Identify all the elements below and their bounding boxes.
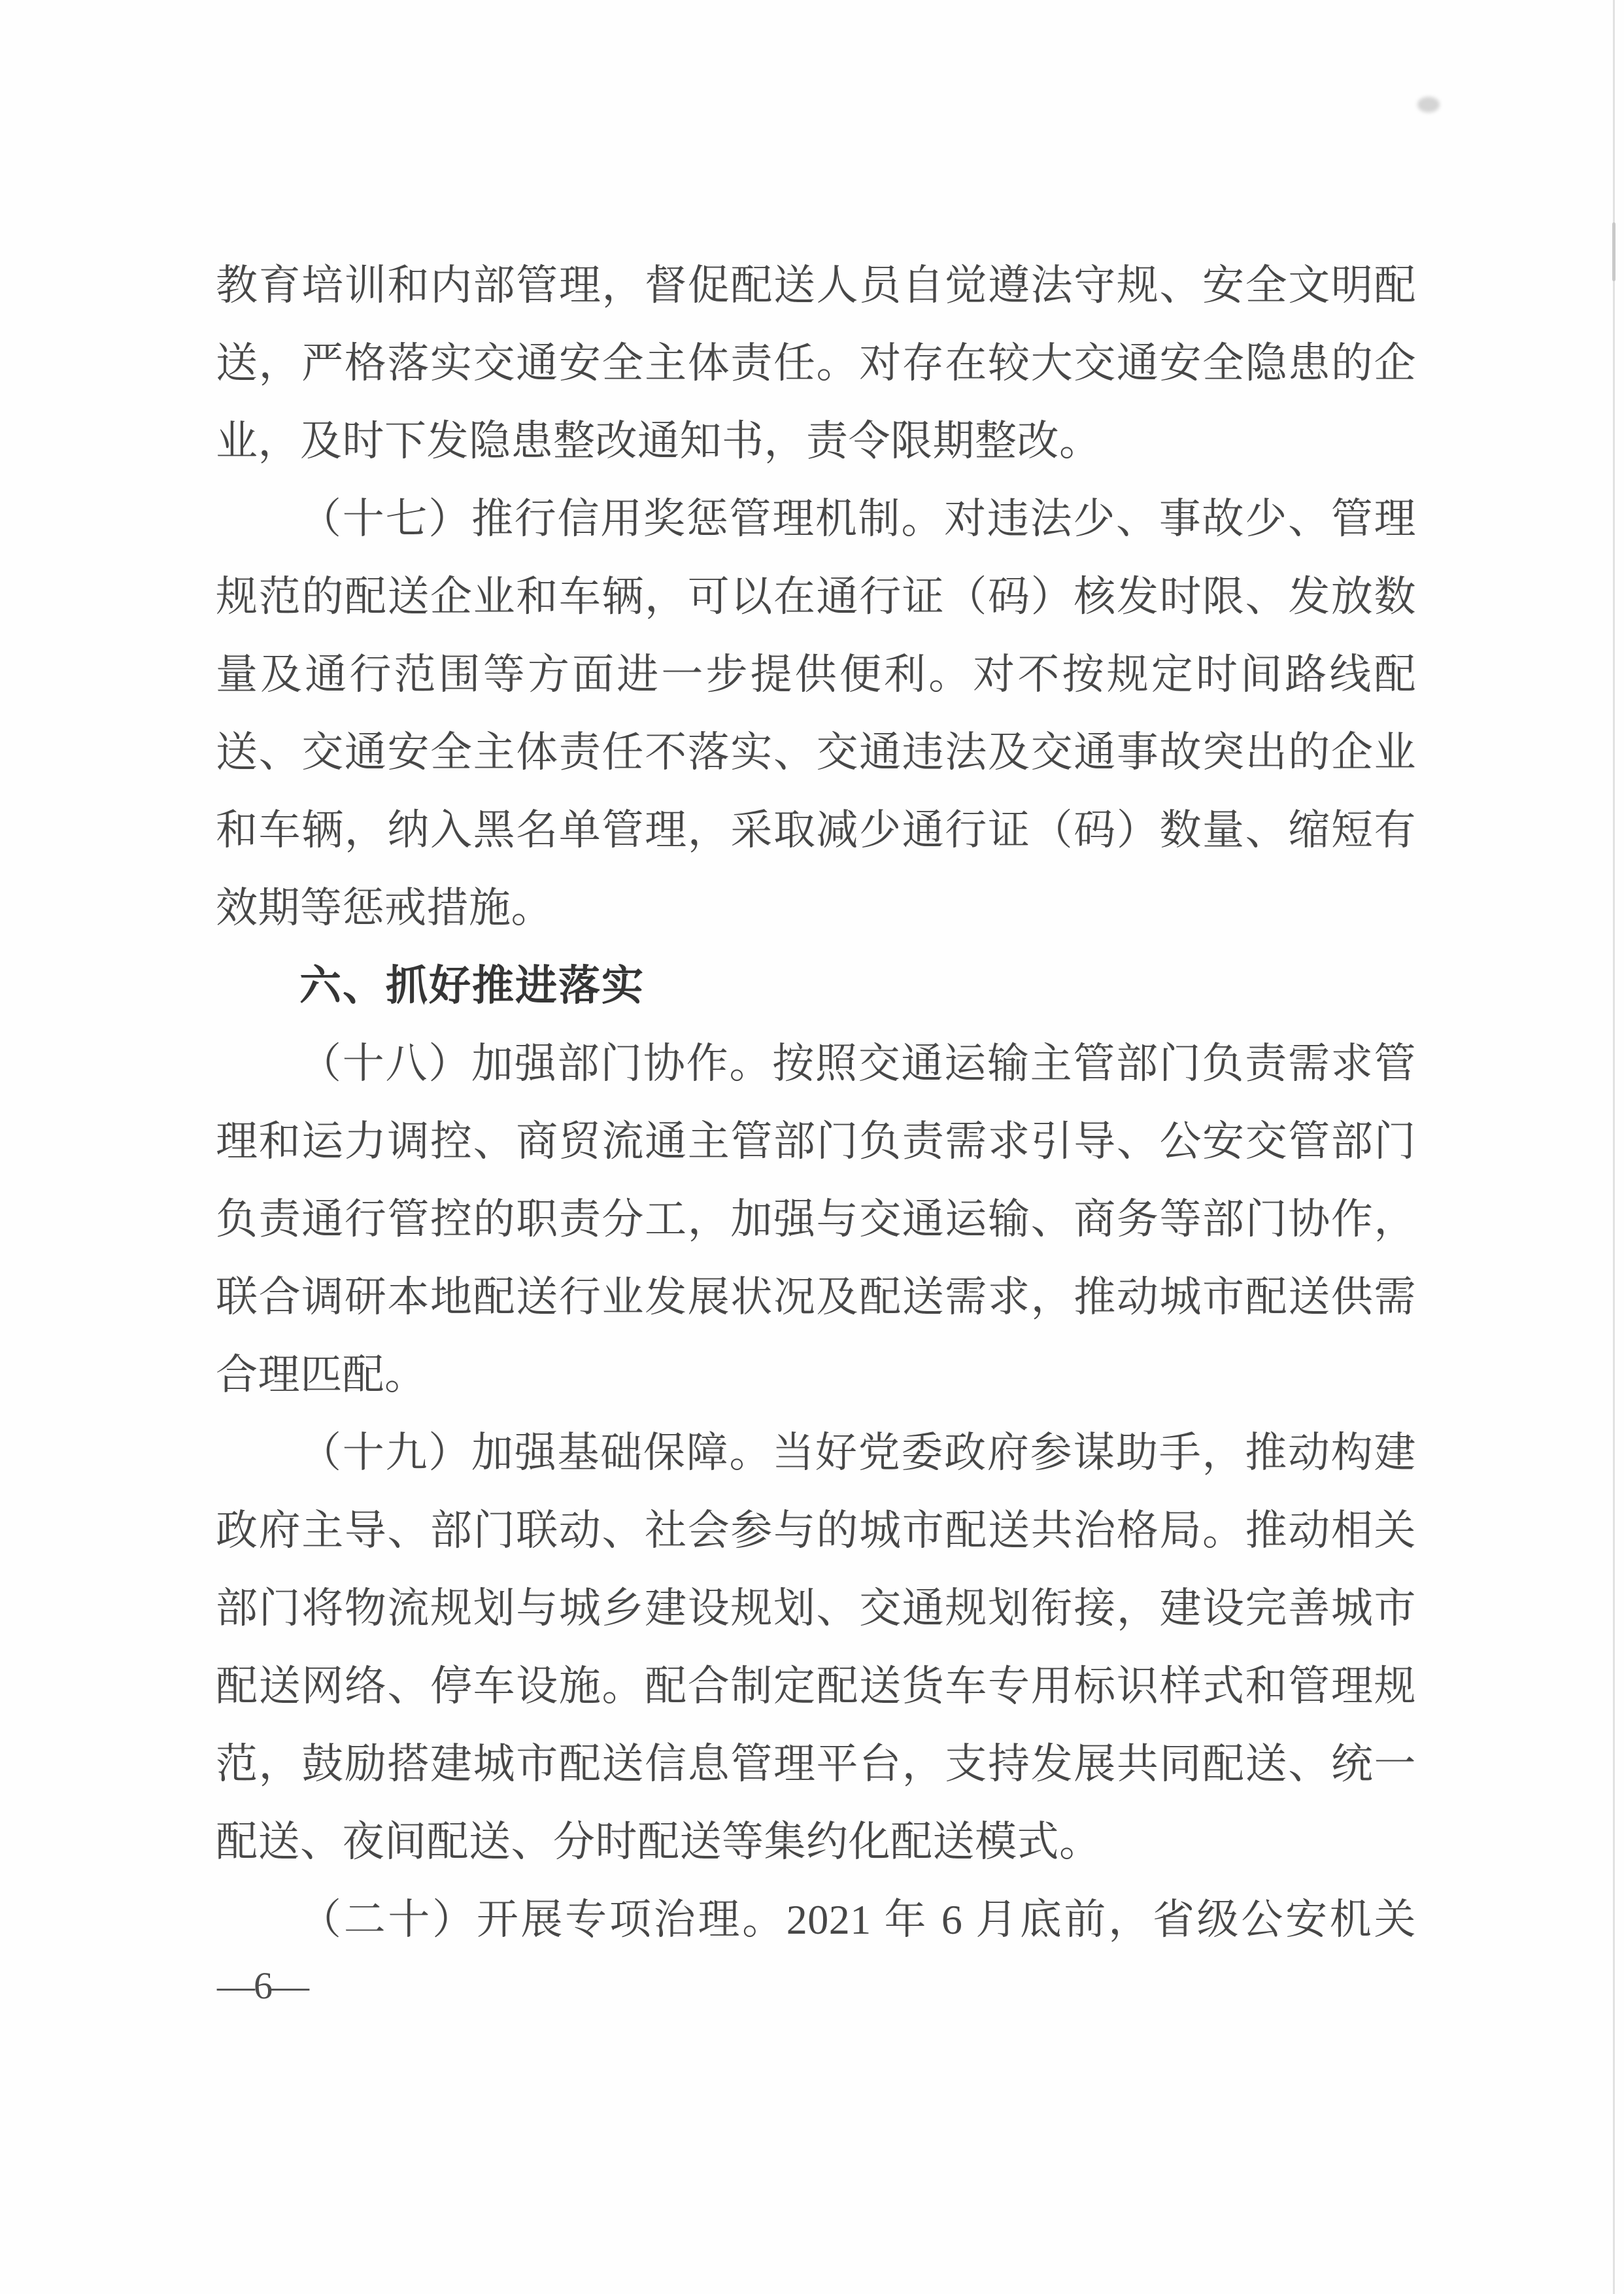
- text-line: 效期等惩戒措施。: [216, 869, 1416, 947]
- text-line: 配送网络、停车设施。配合制定配送货车专用标识样式和管理规: [216, 1647, 1416, 1725]
- text-line: 范，鼓励搭建城市配送信息管理平台，支持发展共同配送、统一: [216, 1725, 1416, 1803]
- text-line: （十八）加强部门协作。按照交通运输主管部门负责需求管: [216, 1025, 1416, 1103]
- scan-smudge-artifact: [1417, 97, 1440, 112]
- text-line: （二十）开展专项治理。2021 年 6 月底前，省级公安机关: [216, 1881, 1416, 1959]
- text-line: （十九）加强基础保障。当好党委政府参谋助手，推动构建: [216, 1414, 1416, 1492]
- scan-edge-line: [1613, 0, 1615, 2294]
- text-line: 负责通行管控的职责分工，加强与交通运输、商务等部门协作，: [216, 1180, 1416, 1258]
- page-number: —6—: [217, 1963, 308, 2009]
- scan-edge-mark: [1612, 222, 1616, 281]
- text-line: 理和运力调控、商贸流通主管部门负责需求引导、公安交管部门: [216, 1103, 1416, 1180]
- text-line: 送、交通安全主体责任不落实、交通违法及交通事故突出的企业: [216, 713, 1416, 791]
- text-line: 量及通行范围等方面进一步提供便利。对不按规定时间路线配: [216, 636, 1416, 713]
- text-line: 送，严格落实交通安全主体责任。对存在较大交通安全隐患的企: [216, 324, 1416, 402]
- document-text: 教育培训和内部管理，督促配送人员自觉遵法守规、安全文明配 送，严格落实交通安全主…: [216, 247, 1416, 1959]
- text-line: 政府主导、部门联动、社会参与的城市配送共治格局。推动相关: [216, 1492, 1416, 1569]
- text-line: 规范的配送企业和车辆，可以在通行证（码）核发时限、发放数: [216, 558, 1416, 636]
- section-heading: 六、抓好推进落实: [216, 947, 1416, 1025]
- text-line: 配送、夜间配送、分时配送等集约化配送模式。: [216, 1803, 1416, 1881]
- text-line: （十七）推行信用奖惩管理机制。对违法少、事故少、管理: [216, 480, 1416, 558]
- text-line: 和车辆，纳入黑名单管理，采取减少通行证（码）数量、缩短有: [216, 791, 1416, 869]
- scanned-page: 教育培训和内部管理，督促配送人员自觉遵法守规、安全文明配 送，严格落实交通安全主…: [0, 0, 1624, 2294]
- text-line: 联合调研本地配送行业发展状况及配送需求，推动城市配送供需: [216, 1258, 1416, 1336]
- text-line: 教育培训和内部管理，督促配送人员自觉遵法守规、安全文明配: [216, 247, 1416, 324]
- text-line: 业，及时下发隐患整改通知书，责令限期整改。: [216, 402, 1416, 480]
- text-line: 部门将物流规划与城乡建设规划、交通规划衔接，建设完善城市: [216, 1569, 1416, 1647]
- text-line: 合理匹配。: [216, 1336, 1416, 1414]
